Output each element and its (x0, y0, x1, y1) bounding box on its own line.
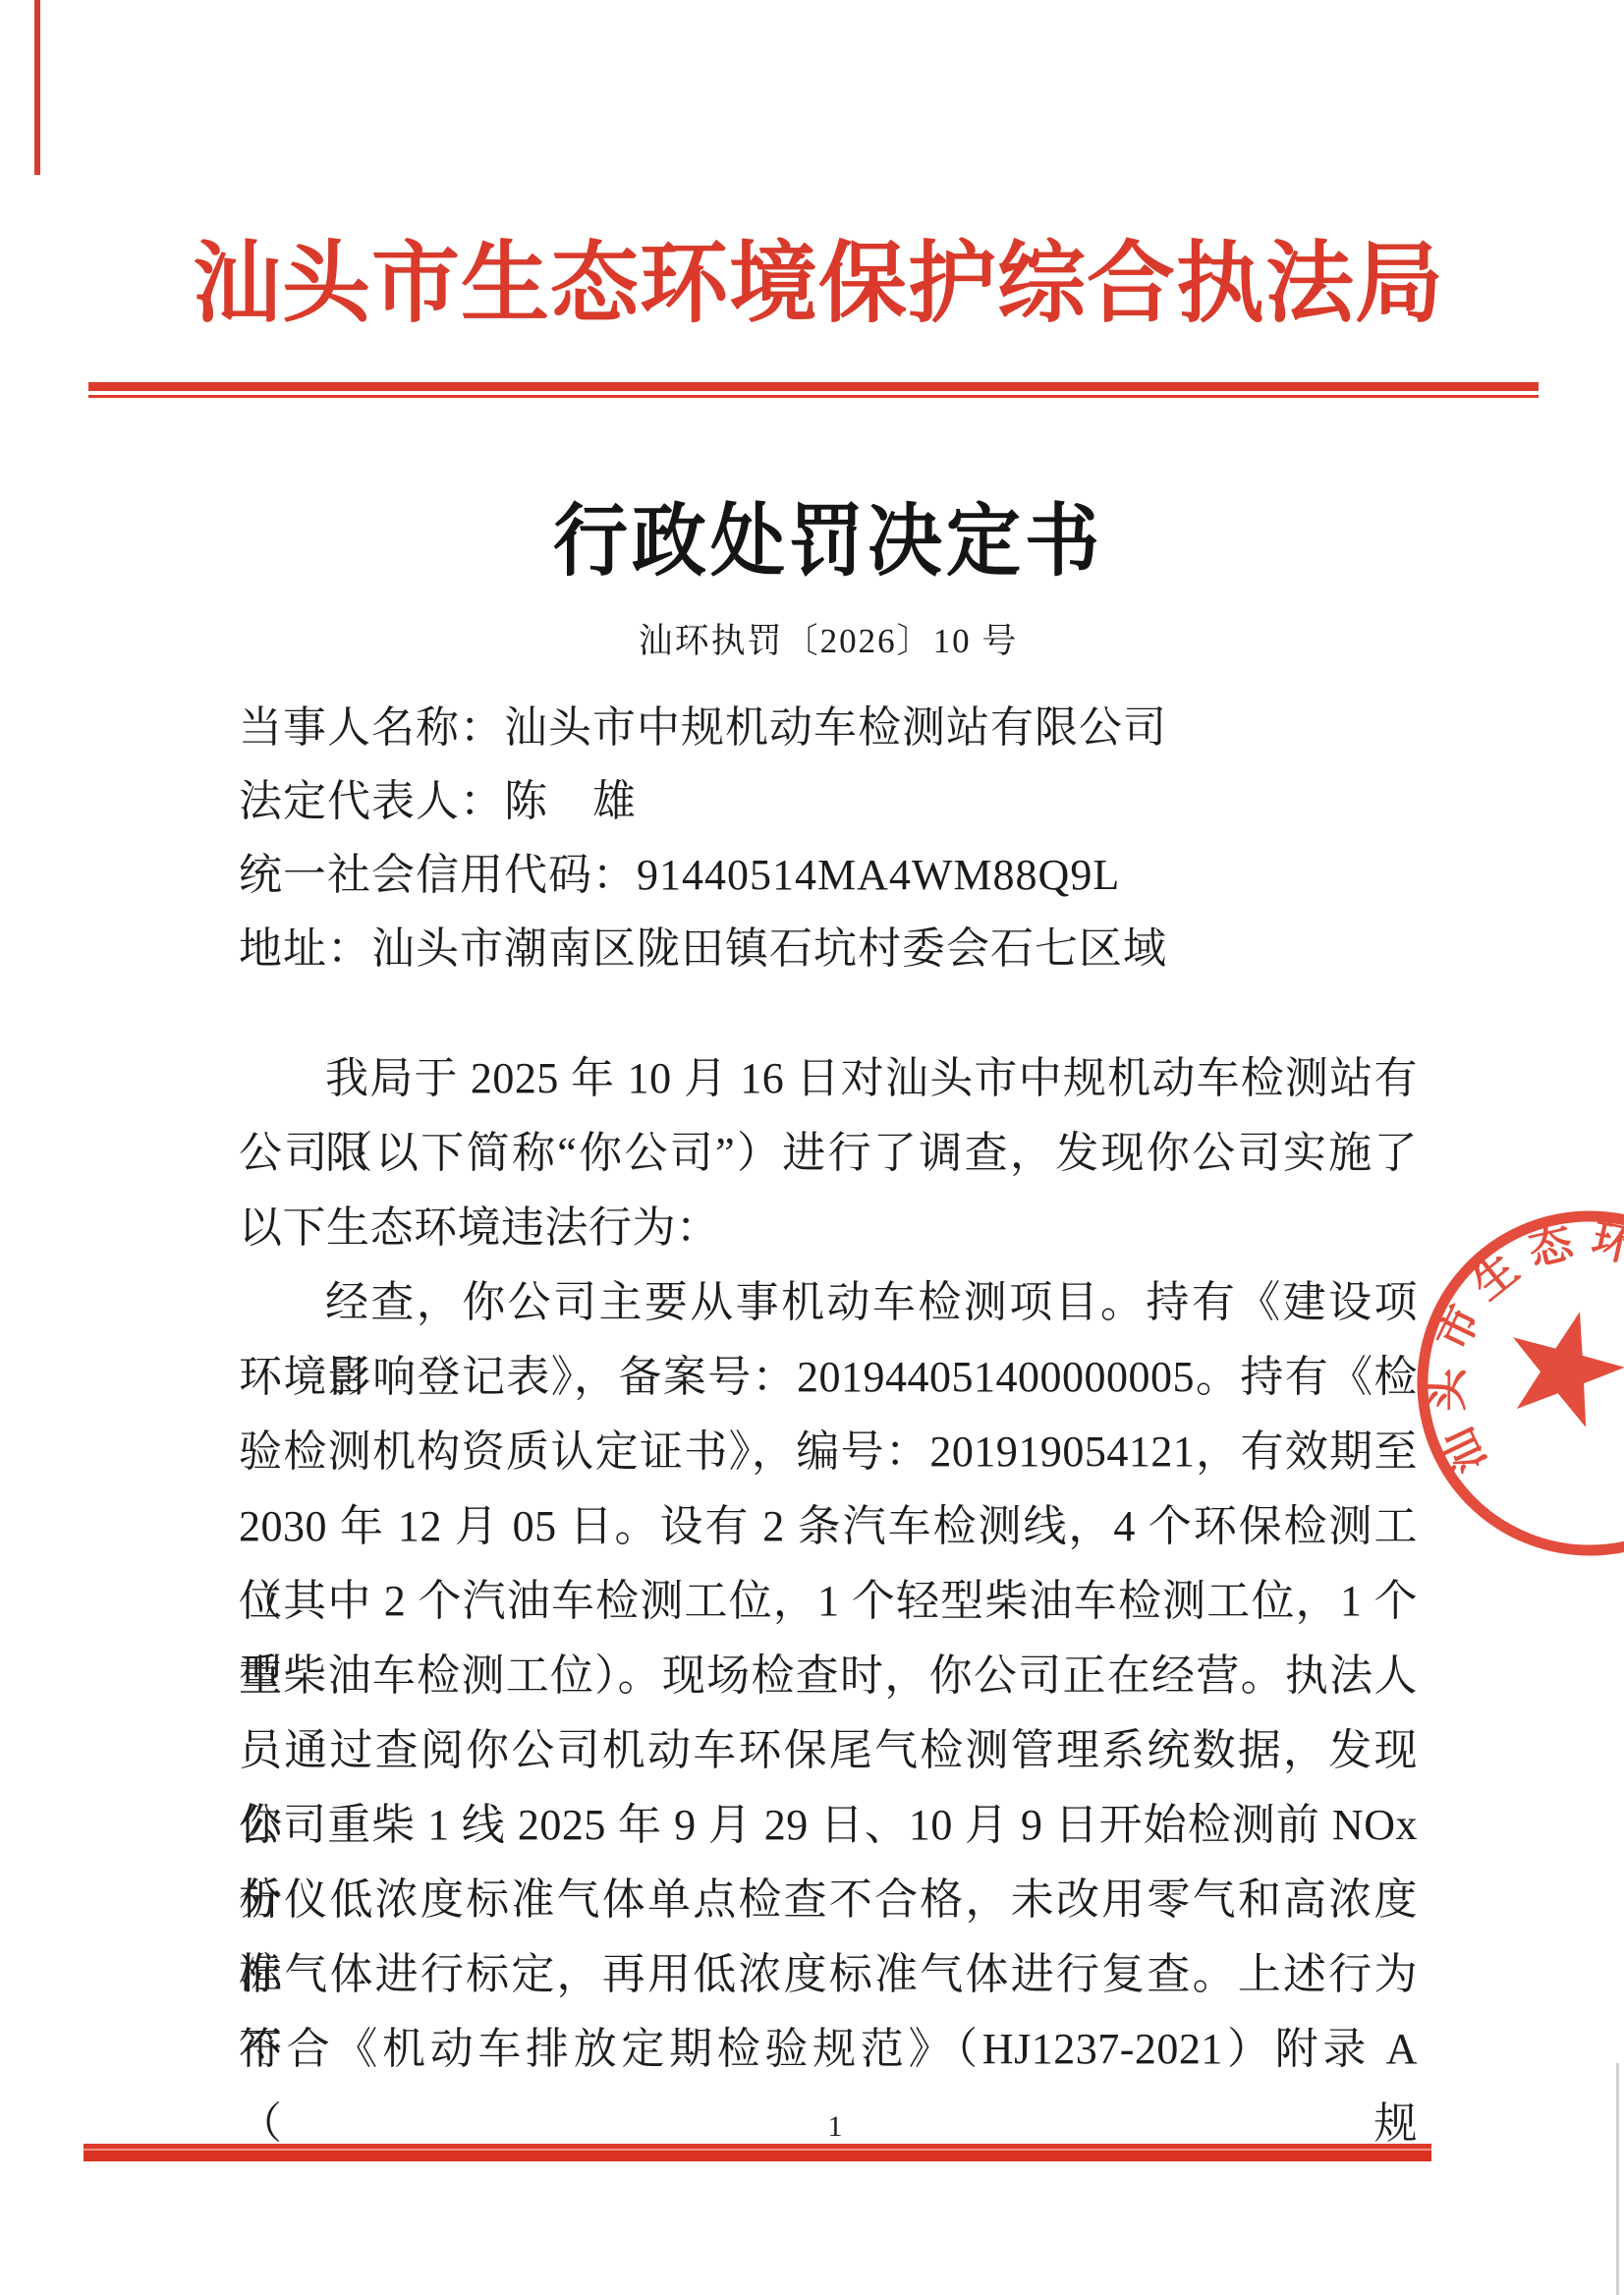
body-line: （其中 2 个汽油车检测工位，1 个轻型柴油车检测工位，1 个重 (239, 1564, 1418, 1639)
party-info-block: 当事人名称：汕头市中规机动车检测站有限公司 法定代表人：陈 雄 统一社会信用代码… (239, 691, 1418, 985)
official-red-stamp: 汕头市生态环境 (1403, 1201, 1624, 1566)
address-line: 地址：汕头市潮南区陇田镇石坑村委会石七区域 (239, 912, 1418, 985)
body-line: 以下生态环境违法行为： (239, 1191, 1418, 1265)
document-title: 行政处罚决定书 (239, 494, 1418, 590)
body-line: 符合《机动车排放定期检验规范》（HJ1237-2021）附录 A（规 (239, 2012, 1418, 2087)
body-text-block: 我局于 2025 年 10 月 16 日对汕头市中规机动车检测站有限 公司（以下… (239, 1041, 1418, 2087)
letterhead-divider-thick (88, 382, 1539, 391)
document-number: 汕环执罚〔2026〕10 号 (239, 618, 1418, 665)
scanned-penalty-decision-page: 汕头市生态环境保护综合执法局 行政处罚决定书 汕环执罚〔2026〕10 号 当事… (0, 0, 1624, 2295)
page-number: 1 (806, 2108, 865, 2146)
left-edge-red-line (34, 0, 40, 175)
body-line: 员通过查阅你公司机动车环保尾气检测管理系统数据，发现你 (239, 1713, 1418, 1788)
body-line: 型柴油车检测工位）。现场检查时，你公司正在经营。执法人 (239, 1639, 1418, 1713)
star-icon (1513, 1312, 1624, 1427)
letterhead-agency-name: 汕头市生态环境保护综合执法局 (193, 230, 1419, 346)
party-name-line: 当事人名称：汕头市中规机动车检测站有限公司 (239, 691, 1418, 764)
body-line: 准气体进行标定，再用低浓度标准气体进行复查。上述行为不 (239, 1937, 1418, 2012)
scan-edge-artifact (1616, 2063, 1619, 2295)
body-line: 析仪低浓度标准气体单点检查不合格，未改用零气和高浓度标 (239, 1863, 1418, 1937)
credit-code-line: 统一社会信用代码：91440514MA4WM88Q9L (239, 838, 1418, 912)
body-line: 验检测机构资质认定证书》，编号：201919054121，有效期至 (239, 1415, 1418, 1489)
body-line: 公司（以下简称“你公司”）进行了调查，发现你公司实施了 (239, 1116, 1418, 1191)
legal-representative-line: 法定代表人：陈 雄 (239, 764, 1418, 838)
body-line: 环境影响登记表》，备案号：201944051400000005。持有《检 (239, 1340, 1418, 1415)
footer-red-line (84, 2144, 1431, 2161)
letterhead-divider-thin (88, 395, 1539, 398)
body-line: 公司重柴 1 线 2025 年 9 月 29 日、10 月 9 日开始检测前 N… (239, 1788, 1418, 1863)
body-line: 2030 年 12 月 05 日。设有 2 条汽车检测线，4 个环保检测工位 (239, 1489, 1418, 1564)
body-line: 经查，你公司主要从事机动车检测项目。持有《建设项目 (239, 1265, 1418, 1340)
body-line: 我局于 2025 年 10 月 16 日对汕头市中规机动车检测站有限 (239, 1041, 1418, 1116)
